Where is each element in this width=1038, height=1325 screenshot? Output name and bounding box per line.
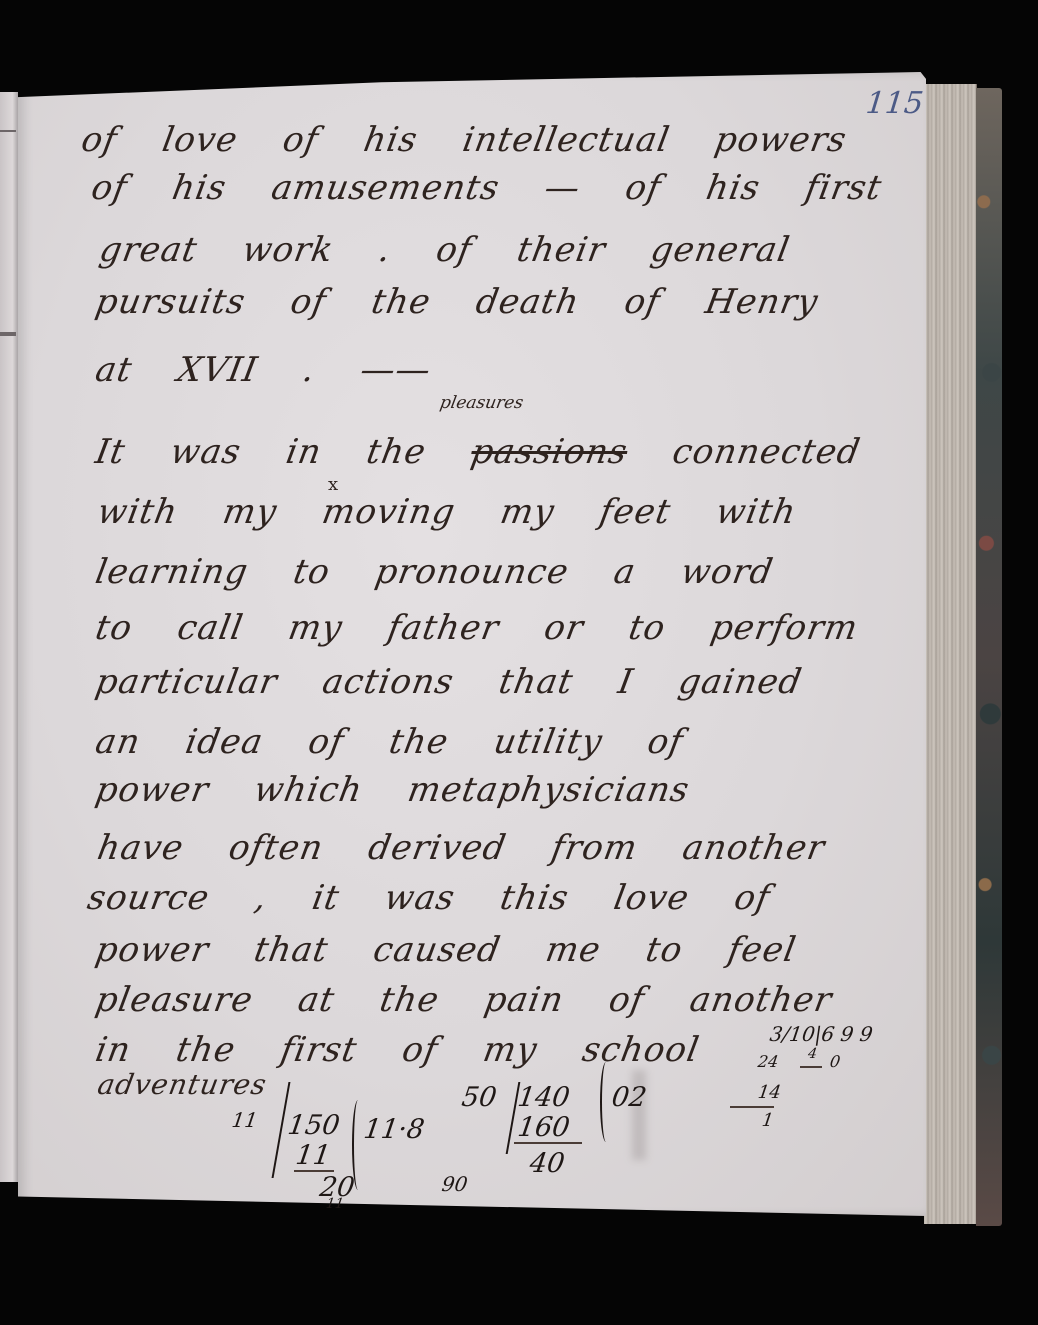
struck-word: passions: [468, 432, 631, 472]
previous-page-edge: [0, 92, 18, 1182]
manuscript-line: pursuits of the death of Henry: [92, 282, 821, 322]
calc-column-middle: 14: [757, 1082, 783, 1103]
calc-rule: [730, 1106, 774, 1108]
margin-figure: 3/10|6 9 9: [768, 1022, 874, 1046]
calc-paren: [352, 1100, 364, 1190]
manuscript-line: of his amusements — of his first: [88, 168, 885, 208]
manuscript-line: learning to pronounce a word: [92, 552, 776, 592]
calc-subtract: 160: [516, 1112, 572, 1143]
manuscript-line: an idea of the utility of: [92, 722, 686, 762]
calc-quotient: 02: [610, 1082, 649, 1113]
calc-dividend: 150: [286, 1110, 342, 1141]
calc-quotient: 11·8: [362, 1114, 426, 1145]
page-edge-mark: [0, 130, 16, 132]
calc-divisor: 11: [230, 1108, 259, 1132]
calc-paren: [600, 1062, 612, 1142]
manuscript-line: to call my father or to perform: [92, 608, 861, 648]
page-stack-edge: [924, 84, 977, 1224]
manuscript-line: at XVII . ——: [92, 350, 434, 390]
marbled-cover: [976, 88, 1002, 1226]
page-edge-mark: [0, 332, 16, 336]
calc-remainder: 40: [528, 1148, 567, 1179]
calc-divisor: 50: [460, 1082, 499, 1113]
interlinear-insertion: pleasures: [438, 393, 525, 413]
manuscript-line: great work . of their general: [96, 230, 793, 270]
manuscript-line: pleasure at the pain of another: [92, 980, 835, 1020]
calc-subtract: 11: [294, 1140, 333, 1171]
manuscript-line: source , it was this love of: [84, 878, 773, 918]
manuscript-line: of love of his intellectual powers: [78, 120, 849, 160]
calc-rule: [514, 1142, 582, 1144]
margin-underline: [800, 1066, 822, 1068]
page-number: 115: [864, 86, 925, 121]
manuscript-line: particular actions that I gained: [92, 662, 805, 702]
manuscript-line: adventures: [95, 1068, 269, 1101]
manuscript-line: power that caused me to feel: [92, 930, 799, 970]
line-text-before: It was in the: [92, 432, 429, 472]
calc-dividend: 140: [516, 1082, 572, 1113]
line-text-after: connected: [670, 432, 864, 472]
manuscript-line: power which metaphysicians: [92, 770, 692, 810]
manuscript-line: with my moving my feet with: [94, 492, 799, 532]
calc-column-top: 24: [757, 1052, 780, 1071]
manuscript-line: It was in the passions connected: [92, 432, 863, 472]
calc-remainder-sub: 11: [325, 1196, 345, 1212]
manuscript-line: have often derived from another: [94, 828, 828, 868]
calc-stray-figure: 90: [440, 1172, 469, 1196]
